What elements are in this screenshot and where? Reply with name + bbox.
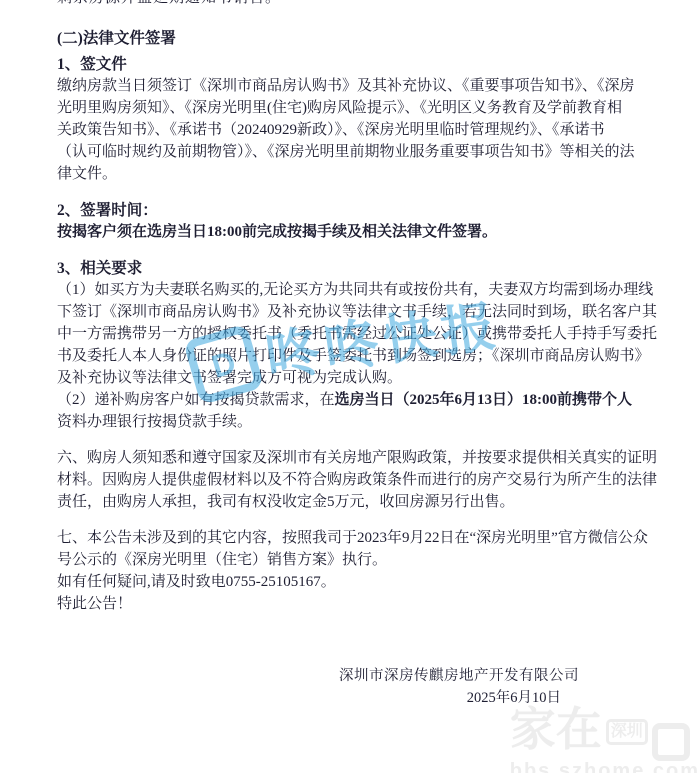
forum-watermark-row: 家在 深圳: [510, 707, 700, 761]
paragraph-line: （1）如买方为夫妻联名购买的,无论买方为共同共有或按份共有，夫妻双方均需到场办理…: [57, 279, 649, 301]
clipped-line-text: 剩余房源开盘延期通知书销售。: [57, 0, 649, 9]
paragraph-line: 书及委托人本人身份证的照片打印件及手签委托书到场签到选房；《深圳市商品房认购书》: [57, 345, 649, 367]
announcement-date: 2025年6月10日: [57, 687, 649, 709]
paragraph-line: 号公示的《深房光明里（住宅）销售方案》执行。: [57, 549, 649, 571]
paragraph-line: 资料办理银行按揭贷款手续。: [57, 411, 649, 433]
paragraph-line: 光明里购房须知》、《深房光明里(住宅)购房风险提示》、《光明区义务教育及学前教育…: [57, 97, 649, 119]
contact-phone-line: 如有任何疑问,请及时致电0755-25105167。: [57, 571, 649, 593]
forum-watermark-url: bbs.szhome.com: [510, 761, 700, 773]
announcement-document-page: 剩余房源开盘延期通知书销售。 (二)法律文件签署 1、签文件 缴纳房款当日须签订…: [0, 0, 700, 773]
paragraph-requirement-2: （2）递补购房客户如有按揭贷款需求，在选房当日（2025年6月13日）18:00…: [57, 389, 649, 433]
paragraph-line: 缴纳房款当日须签订《深圳市商品房认购书》及其补充协议、《重要事项告知书》、《深房: [57, 75, 649, 97]
document-body: 剩余房源开盘延期通知书销售。 (二)法律文件签署 1、签文件 缴纳房款当日须签订…: [57, 0, 649, 709]
company-signature: 深圳市深房传麒房地产开发有限公司: [57, 665, 649, 687]
paragraph-requirement-1: （1）如买方为夫妻联名购买的,无论买方为共同共有或按份共有，夫妻双方均需到场办理…: [57, 279, 649, 389]
closing-line: 特此公告！: [57, 593, 649, 615]
paragraph-line: 及补充协议等法律文书签署完成方可视为完成认购。: [57, 367, 649, 389]
paragraph-line: 七、本公告未涉及到的其它内容，按照我司于2023年9月22日在“深房光明里”官方…: [57, 527, 649, 549]
paragraph-line: 责任，由购房人承担，我司有权没收定金5万元，收回房源另行出售。: [57, 491, 649, 513]
heading-signing-time: 2、签署时间：: [57, 201, 649, 221]
paragraph-item-7: 七、本公告未涉及到的其它内容，按照我司于2023年9月22日在“深房光明里”官方…: [57, 527, 649, 571]
paragraph-line: 中一方需携带另一方的授权委托书（委托书需经过公证处公证）或携带委托人手持手写委托: [57, 323, 649, 345]
heading-related-requirements: 3、相关要求: [57, 259, 649, 279]
clipped-previous-line: 剩余房源开盘延期通知书销售。: [57, 0, 649, 9]
paragraph-line: （2）递补购房客户如有按揭贷款需求，在选房当日（2025年6月13日）18:00…: [57, 389, 649, 411]
paragraph-line: 关政策告知书》、《承诺书（20240929新政）》、《深房光明里临时管理规约》、…: [57, 119, 649, 141]
paragraph-sign-documents: 缴纳房款当日须签订《深圳市商品房认购书》及其补充协议、《重要事项告知书》、《深房…: [57, 75, 649, 185]
paragraph-line: 下签订《深圳市商品房认购书》及补充协议等法律文书手续，若无法同时到场，联名客户其: [57, 301, 649, 323]
forum-watermark-logo-icon: [652, 723, 690, 761]
paragraph-line: 六、购房人须知悉和遵守国家及深圳市有关房地产限购政策，并按要求提供相关真实的证明: [57, 447, 649, 469]
section-heading-legal-documents: (二)法律文件签署: [57, 29, 649, 49]
req2-prefix-text: （2）递补购房客户如有按揭贷款需求，在: [57, 392, 335, 408]
paragraph-line: 材料。因购房人提供虚假材料以及不符合购房政策条件而进行的房产交易行为所产生的法律: [57, 469, 649, 491]
paragraph-item-6: 六、购房人须知悉和遵守国家及深圳市有关房地产限购政策，并按要求提供相关真实的证明…: [57, 447, 649, 513]
heading-sign-documents: 1、签文件: [57, 55, 649, 75]
paragraph-line: （认可临时规约及前期物管）》、《深房光明里前期物业服务重要事项告知书》等相关的法: [57, 141, 649, 163]
forum-watermark-main: 家在: [510, 707, 602, 751]
forum-watermark: 家在 深圳 bbs.szhome.com: [510, 707, 700, 773]
signing-time-requirement: 按揭客户须在选房当日18:00前完成按揭手续及相关法律文件签署。: [57, 221, 649, 243]
paragraph-line: 律文件。: [57, 163, 649, 185]
req2-deadline-text: 选房当日（2025年6月13日）18:00前携带个人: [335, 392, 633, 408]
forum-watermark-badge: 深圳: [606, 719, 648, 745]
